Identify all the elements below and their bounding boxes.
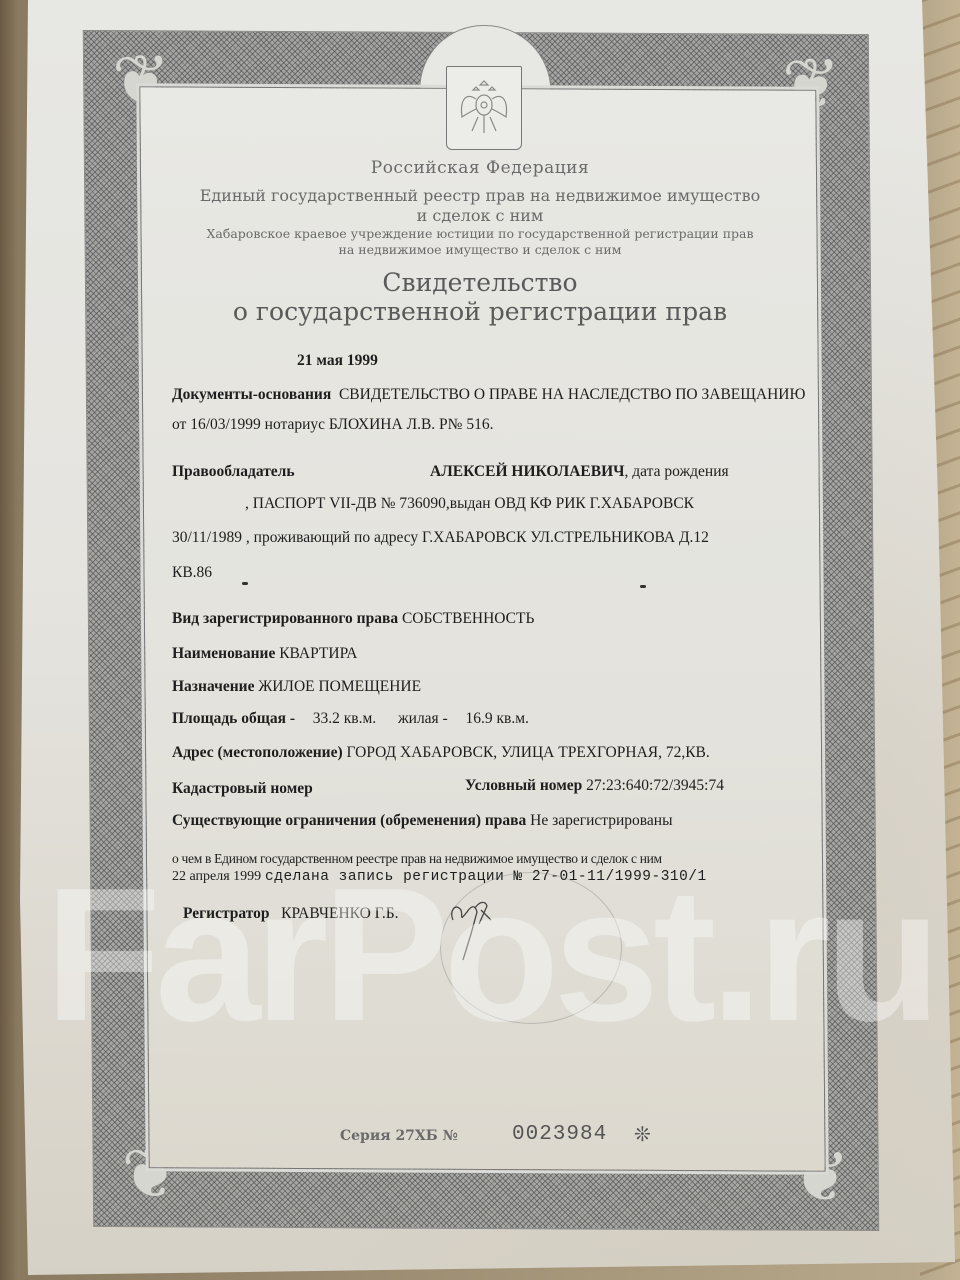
country-heading: Российская Федерация bbox=[0, 158, 960, 178]
name-label: Наименование bbox=[172, 645, 275, 662]
registry-heading: Единый государственный реестр прав на не… bbox=[0, 186, 960, 205]
document-subtitle: о государственной регистрации прав bbox=[0, 297, 960, 326]
institution-heading-line2: на недвижимое имущество и сделок с ним bbox=[0, 242, 960, 257]
holder-dob-label: , дата рождения bbox=[625, 463, 729, 480]
address-value: ГОРОД ХАБАРОВСК, УЛИЦА ТРЕХГОРНАЯ, 72,КВ… bbox=[347, 744, 710, 761]
address-label: Адрес (местоположение) bbox=[172, 744, 343, 761]
area-row: Площадь общая - 33.2 кв.м. жилая - 16.9 … bbox=[172, 710, 529, 728]
cadastral-label: Кадастровый номер bbox=[172, 780, 313, 798]
area-total: 33.2 кв.м. bbox=[313, 710, 376, 727]
conditional-number-row: Условный номер 27:23:640:72/3945:74 bbox=[465, 777, 724, 795]
certificate-paper: ❦ ❦ ❦ ❦ Российская Федерация Единый госу… bbox=[0, 0, 960, 1280]
russian-coat-of-arms-icon bbox=[446, 66, 522, 150]
redaction-mark bbox=[640, 585, 646, 588]
redaction-mark bbox=[242, 582, 248, 585]
area-label: Площадь общая - bbox=[172, 710, 295, 727]
restrictions-row: Существующие ограничения (обременения) п… bbox=[172, 812, 673, 830]
purpose-value: ЖИЛОЕ ПОМЕЩЕНИЕ bbox=[258, 678, 421, 695]
institution-heading: Хабаровское краевое учреждение юстиции п… bbox=[0, 226, 960, 241]
purpose-row: Назначение ЖИЛОЕ ПОМЕЩЕНИЕ bbox=[172, 678, 421, 696]
address-row: Адрес (местоположение) ГОРОД ХАБАРОВСК, … bbox=[172, 744, 710, 762]
holder-name: АЛЕКСЕЙ НИКОЛАЕВИЧ bbox=[430, 463, 625, 480]
holder-passport: , ПАСПОРТ VII-ДВ № 736090,выдан ОВД КФ Р… bbox=[245, 495, 694, 513]
basis-value: СВИДЕТЕЛЬСТВО О ПРАВЕ НА НАСЛЕДСТВО ПО З… bbox=[339, 386, 805, 403]
registry-heading-line2: и сделок с ним bbox=[0, 206, 960, 225]
series-mark-icon: ❊ bbox=[634, 1122, 651, 1147]
basis-value-line2: от 16/03/1999 нотариус БЛОХИНА Л.В. Р№ 5… bbox=[172, 416, 493, 434]
name-value: КВАРТИРА bbox=[279, 645, 357, 662]
series-number: 0023984 bbox=[512, 1123, 607, 1146]
area-living-label: жилая - bbox=[398, 710, 448, 727]
restrictions-value: Не зарегистрированы bbox=[530, 812, 672, 829]
holder-apartment: КВ.86 bbox=[172, 564, 212, 582]
holder-address: 30/11/1989 , проживающий по адресу Г.ХАБ… bbox=[172, 529, 709, 547]
holder-name-row: АЛЕКСЕЙ НИКОЛАЕВИЧ, дата рождения bbox=[430, 463, 729, 481]
series-label: Серия 27ХБ № bbox=[340, 1128, 458, 1144]
document-title: Свидетельство bbox=[0, 268, 960, 297]
right-type-row: Вид зарегистрированного права СОБСТВЕННО… bbox=[172, 610, 534, 628]
restrictions-label: Существующие ограничения (обременения) п… bbox=[172, 812, 526, 829]
farpost-watermark: FarPost.ru bbox=[40, 860, 940, 1050]
issue-date: 21 мая 1999 bbox=[297, 352, 378, 370]
holder-label: Правообладатель bbox=[172, 463, 295, 481]
area-living: 16.9 кв.м. bbox=[465, 710, 528, 727]
right-type-value: СОБСТВЕННОСТЬ bbox=[402, 610, 534, 627]
conditional-label: Условный номер bbox=[465, 777, 582, 794]
basis-label: Документы-основания bbox=[172, 386, 331, 403]
name-row: Наименование КВАРТИРА bbox=[172, 645, 357, 663]
conditional-value: 27:23:640:72/3945:74 bbox=[586, 777, 724, 794]
right-type-label: Вид зарегистрированного права bbox=[172, 610, 398, 627]
purpose-label: Назначение bbox=[172, 678, 254, 695]
basis-row: Документы-основания СВИДЕТЕЛЬСТВО О ПРАВ… bbox=[172, 386, 805, 404]
